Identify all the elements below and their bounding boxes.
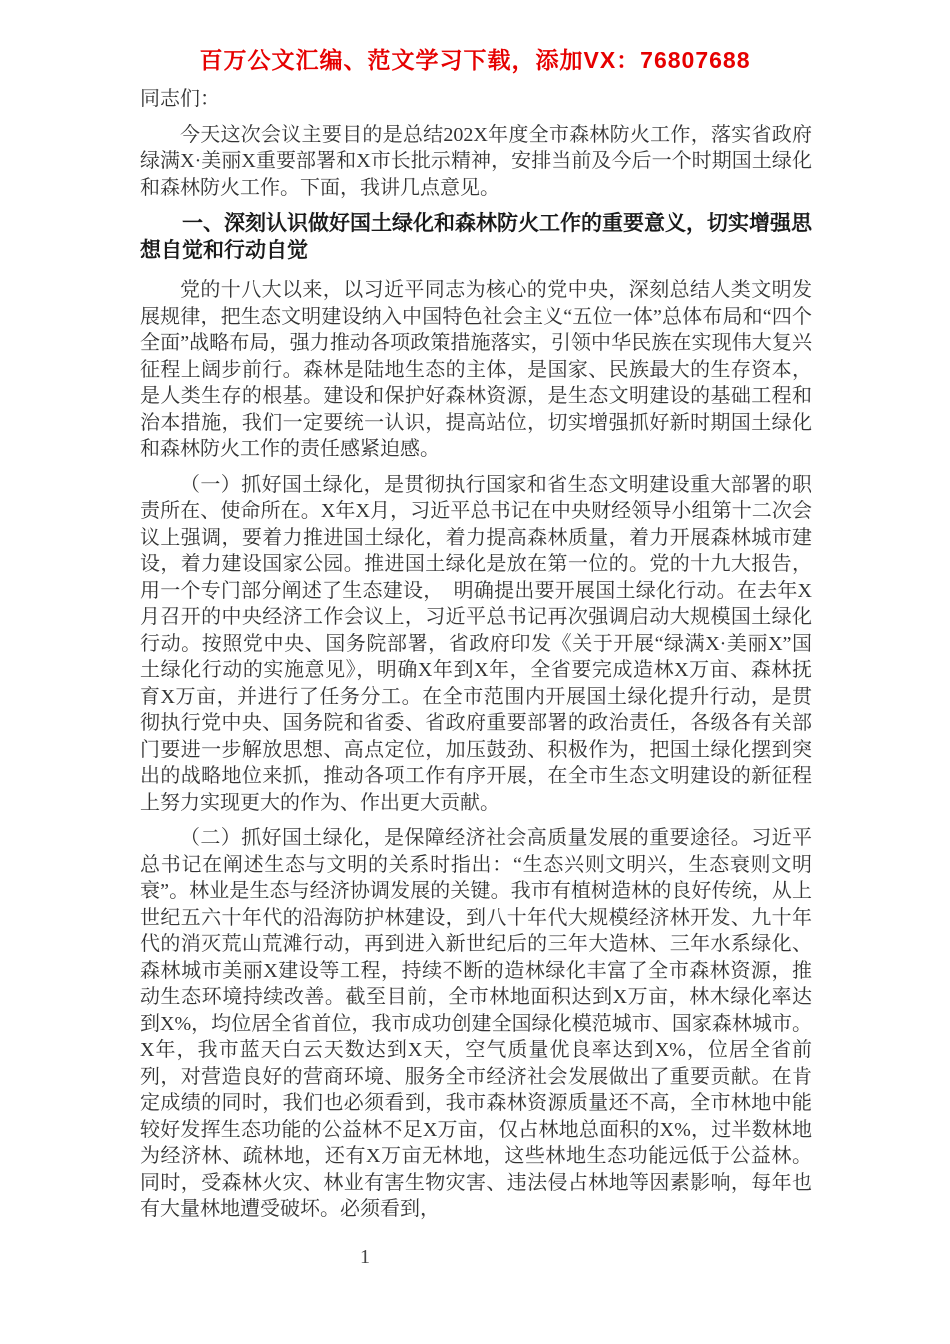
document-page: 百万公文汇编、范文学习下载，添加VX：76807688 同志们： 今天这次会议主…: [0, 0, 950, 1344]
document-body: 同志们： 今天这次会议主要目的是总结202X年度全市森林防火工作，落实省政府绿满…: [140, 86, 812, 1232]
paragraph-point-2: （二）抓好国土绿化，是保障经济社会高质量发展的重要途径。习近平总书记在阐述生态与…: [140, 825, 812, 1223]
paragraph-point-1: （一）抓好国土绿化，是贯彻执行国家和省生态文明建设重大部署的职责所在、使命所在。…: [140, 472, 812, 817]
section-heading-1: 一、深刻认识做好国土绿化和森林防火工作的重要意义，切实增强思想自觉和行动自觉: [140, 210, 812, 264]
paragraph-significance: 党的十八大以来，以习近平同志为核心的党中央，深刻总结人类文明发展规律，把生态文明…: [140, 277, 812, 463]
header-promo-text: 百万公文汇编、范文学习下载，添加VX：76807688: [0, 42, 950, 75]
salutation: 同志们：: [140, 86, 812, 113]
paragraph-intro: 今天这次会议主要目的是总结202X年度全市森林防火工作，落实省政府绿满X·美丽X…: [140, 122, 812, 202]
page-number: 1: [350, 1246, 380, 1269]
